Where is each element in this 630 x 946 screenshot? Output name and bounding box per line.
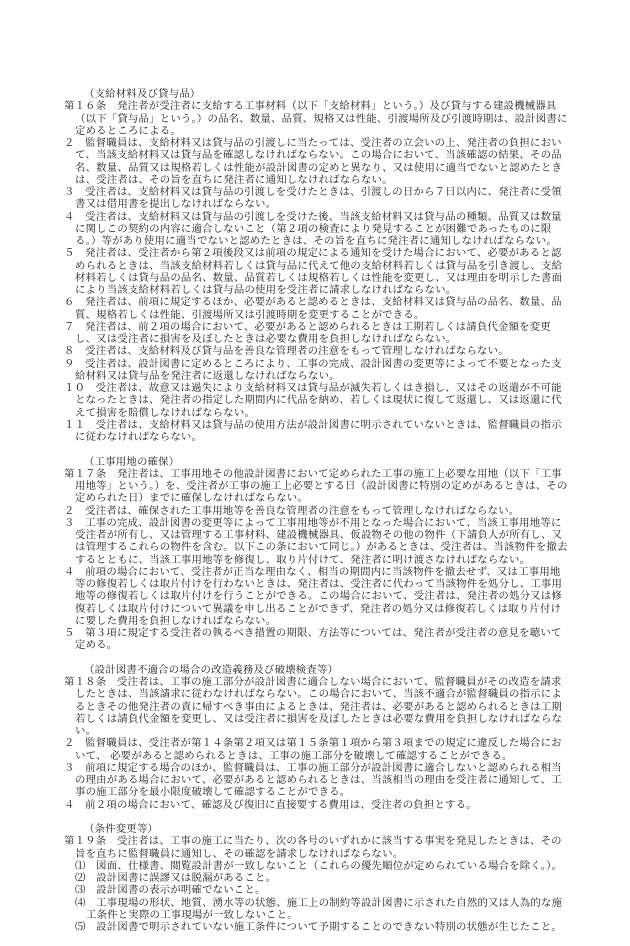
article-body: 第１９条 受注者は、工事の施工に当たり、次の各号のいずれかに該当する事実を発見し… (64, 835, 568, 860)
list-item: ⑷ 工事現場の形状、地質、湧水等の状態、施工上の制約等設計図書に示された自然的又… (64, 897, 568, 904)
paragraph: ２ 監督職員は、受注者が第１４条第２項又は第１５条第１項から第３項までの規定に違… (64, 737, 568, 762)
paragraph: ６ 発注者は、前項に規定するほか、必要があると認めるときは、支給材料又は貸与品の… (64, 296, 568, 321)
article-caption: （支給材料及び貸与品） (64, 88, 568, 100)
article-caption: （設計図書不適合の場合の改造義務及び破壊検査等） (64, 664, 568, 676)
paragraph: ３ 前項に規定する場合のほか、監督職員は、工事の施工部分が設計図書に適合しないと… (64, 762, 568, 799)
list-item: ⑴ 図面、仕様書、閲覧設計書が一致しないこと（これらの優先順位が定められている場… (64, 860, 568, 872)
paragraph: ４ 前項の場合において、受注者が正当な理由なく、相当の期間内に当該物件を撤去せず… (64, 566, 568, 627)
document-page: （支給材料及び貸与品） 第１６条 発注者が受注者に支給する工事材料（以下「支給材… (64, 88, 568, 903)
paragraph: ３ 受注者は、支給材料又は貸与品の引渡しを受けたときは、引渡しの日から７日以内に… (64, 186, 568, 211)
article-body: 第１８条 受注者は、工事の施工部分が設計図書に適合しない場合において、監督職員が… (64, 676, 568, 737)
article-body: 第１７条 発注者は、工事用地その他設計図書において定められた工事の施工上必要な用… (64, 468, 568, 505)
paragraph: ７ 発注者は、前２項の場合において、必要があると認められるときは工期若しくは請負… (64, 321, 568, 346)
paragraph: １０ 受注者は、故意又は過失により支給材料又は貸与品が滅失若しくはき損し、又はそ… (64, 382, 568, 419)
paragraph: １１ 受注者は、支給材料又は貸与品の使用方法が設計図書に明示されていないときは、… (64, 419, 568, 444)
article-16-section: （支給材料及び貸与品） 第１６条 発注者が受注者に支給する工事材料（以下「支給材… (64, 88, 568, 443)
article-caption: （工事用地の確保） (64, 456, 568, 468)
article-caption: （条件変更等） (64, 823, 568, 835)
article-body: 第１６条 発注者が受注者に支給する工事材料（以下「支給材料」という。）及び貸与す… (64, 100, 568, 137)
paragraph: ８ 受注者は、支給材料及び貸与品を善良な管理者の注意をもって管理しなければならな… (64, 345, 568, 357)
article-17-section: （工事用地の確保） 第１７条 発注者は、工事用地その他設計図書において定められた… (64, 456, 568, 652)
article-18-section: （設計図書不適合の場合の改造義務及び破壊検査等） 第１８条 受注者は、工事の施工… (64, 664, 568, 811)
paragraph: ５ 発注者は、受注者から第２項後段又は前項の規定による通知を受けた場合において、… (64, 247, 568, 296)
paragraph: ２ 受注者は、確保された工事用地等を善良な管理者の注意をもって管理しなければなら… (64, 505, 568, 517)
paragraph: ２ 監督職員は、支給材料又は貸与品の引渡しに当たっては、受注者の立会いの上、発注… (64, 137, 568, 186)
paragraph: ９ 受注者は、設計図書に定めるところにより、工事の完成、設計図書の変更等によって… (64, 358, 568, 383)
paragraph: ４ 受注者は、支給材料又は貸与品の引渡しを受けた後、当該支給材料又は貸与品の種類… (64, 211, 568, 248)
paragraph: ３ 工事の完成、設計図書の変更等によって工事用地等が不用となった場合において、当… (64, 517, 568, 566)
paragraph: ４ 前２項の場合において、確認及び復旧に直接要する費用は、受注者の負担とする。 (64, 799, 568, 811)
paragraph: ５ 第３項に規定する受注者の執るべき措置の期限、方法等については、発注者が受注者… (64, 627, 568, 652)
list-item: ⑶ 設計図書の表示が明確でないこと。 (64, 884, 568, 896)
list-item: ⑵ 設計図書に誤謬又は脱漏があること。 (64, 872, 568, 884)
article-19-section: （条件変更等） 第１９条 受注者は、工事の施工に当たり、次の各号のいずれかに該当… (64, 823, 568, 903)
